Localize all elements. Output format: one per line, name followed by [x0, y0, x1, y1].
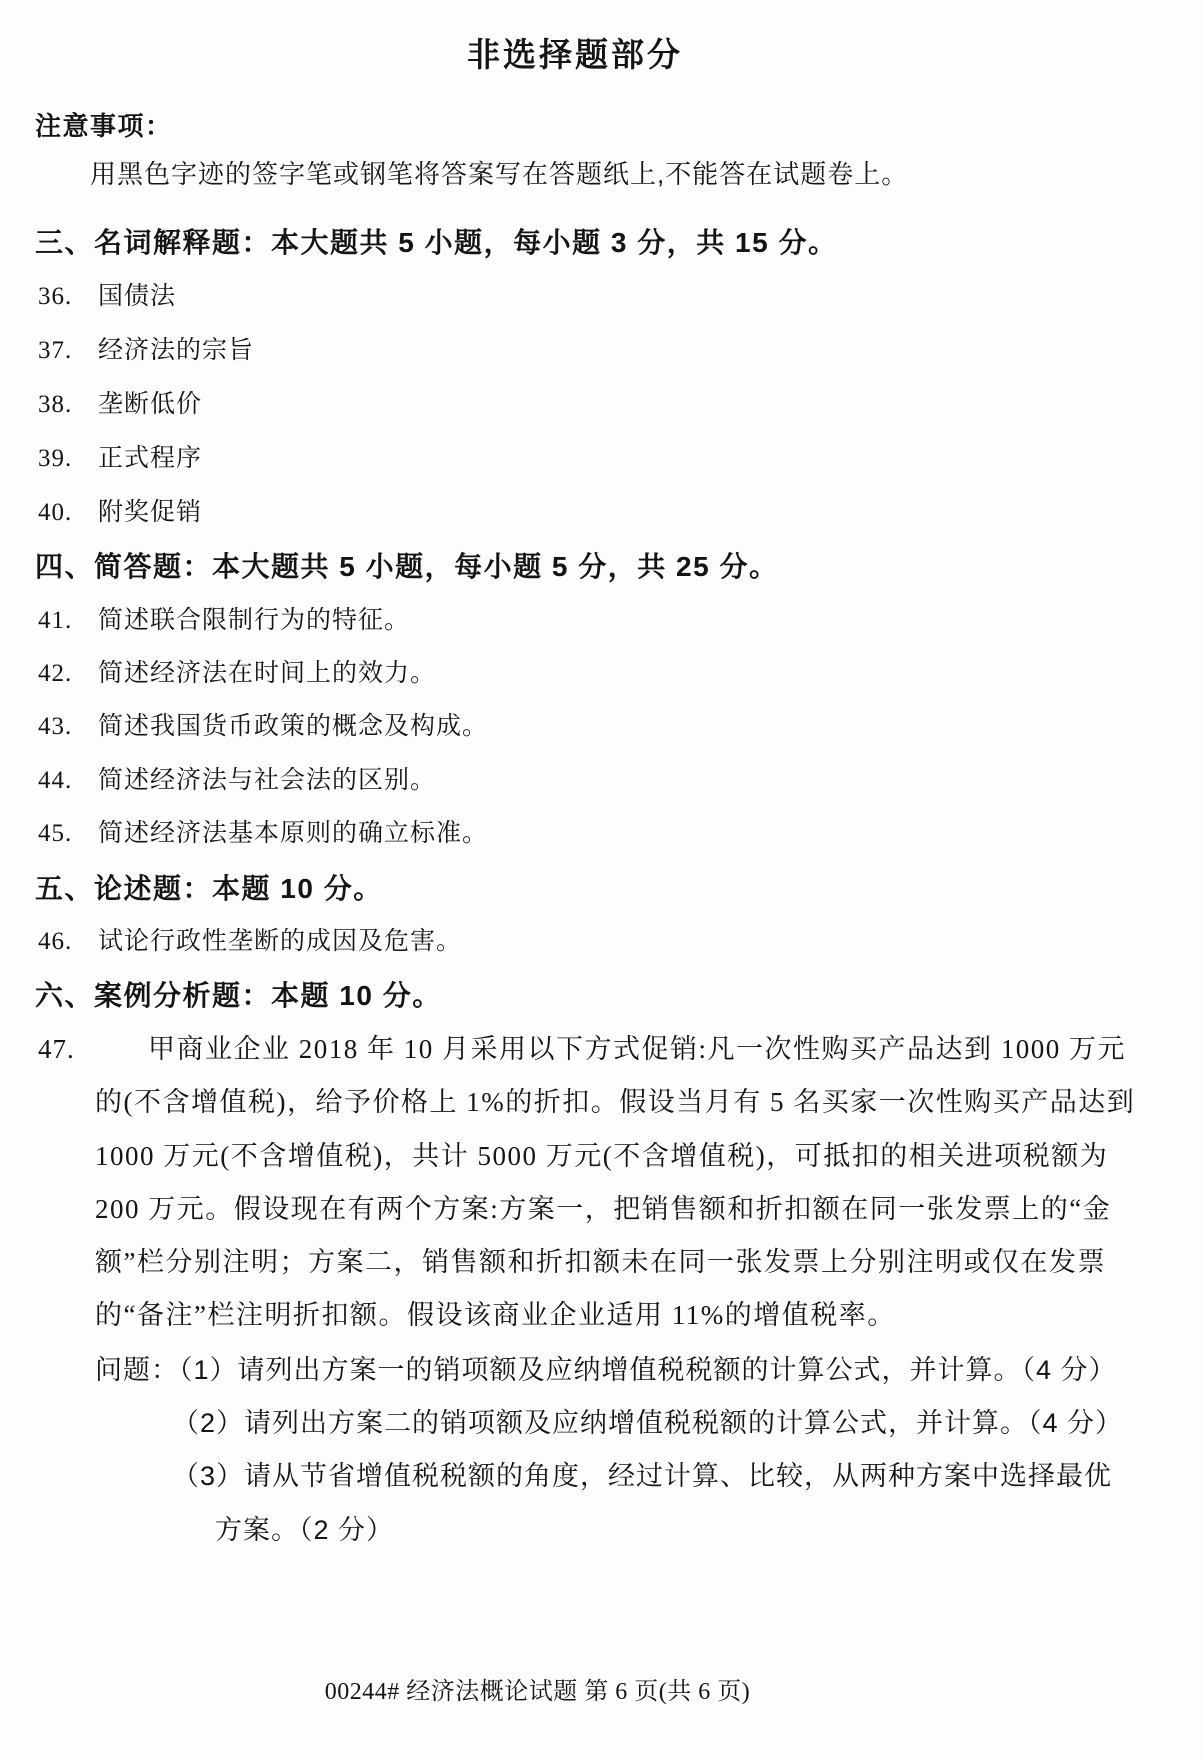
question-number: 37.: [38, 338, 98, 363]
question-text: 简述经济法在时间上的效力。: [98, 660, 436, 687]
question-text: 附奖促销: [98, 499, 202, 526]
section5-heading: 五、论述题：本题 10 分。: [35, 875, 383, 903]
page-footer: 00244# 经济法概论试题 第 6 页(共 6 页): [0, 1680, 1075, 1704]
question-text: 简述联合限制行为的特征。: [98, 607, 410, 634]
case-line-2: 的(不含增值税)，给予价格上 1%的折扣。假设当月有 5 名买家一次性购买产品达…: [95, 1089, 1135, 1116]
page-title: 非选择题部分: [0, 38, 1150, 71]
question-item-40: 40.附奖促销: [38, 500, 202, 525]
question-text: 国债法: [98, 283, 176, 310]
case-question-3-continuation: 方案。（2 分）: [215, 1517, 394, 1544]
case-question-3: （3）请从节省增值税税额的角度，经过计算、比较，从两种方案中选择最优: [172, 1463, 1112, 1490]
question-text: 垄断低价: [98, 391, 202, 418]
question-item-46: 46.试论行政性垄断的成因及危害。: [38, 929, 462, 954]
question-number: 38.: [38, 392, 98, 417]
question-item-43: 43.简述我国货币政策的概念及构成。: [38, 714, 488, 739]
case-line-6: 的“备注”栏注明折扣额。假设该商业企业适用 11%的增值税率。: [95, 1302, 896, 1329]
question-text: 试论行政性垄断的成因及危害。: [98, 928, 462, 955]
question-item-37: 37.经济法的宗旨: [38, 338, 254, 363]
question-number: 43.: [38, 714, 98, 739]
question-number: 44.: [38, 768, 98, 793]
question-text: 经济法的宗旨: [98, 337, 254, 364]
case-line-5: 额”栏分别注明；方案二，销售额和折扣额未在同一张发票上分别注明或仅在发票: [95, 1249, 1106, 1276]
section6-heading: 六、案例分析题：本题 10 分。: [35, 982, 442, 1010]
question-number: 36.: [38, 284, 98, 309]
question-item-42: 42.简述经济法在时间上的效力。: [38, 661, 436, 686]
notice-body: 用黑色字迹的签字笔或钢笔将答案写在答题纸上,不能答在试题卷上。: [90, 161, 908, 187]
section4-heading: 四、简答题：本大题共 5 小题，每小题 5 分，共 25 分。: [35, 553, 778, 581]
question-47-number: 47.: [38, 1036, 75, 1063]
case-question-1: 问题：（1）请列出方案一的销项额及应纳增值税税额的计算公式，并计算。（4 分）: [95, 1357, 1117, 1384]
question-text: 正式程序: [98, 445, 202, 472]
notice-heading: 注意事项：: [35, 113, 173, 139]
section3-heading: 三、名词解释题：本大题共 5 小题，每小题 3 分，共 15 分。: [35, 229, 837, 257]
case-line-1: 甲商业企业 2018 年 10 月采用以下方式促销:凡一次性购买产品达到 100…: [148, 1036, 1126, 1063]
case-line-3: 1000 万元(不含增值税)，共计 5000 万元(不含增值税)，可抵扣的相关进…: [95, 1143, 1108, 1170]
question-item-44: 44.简述经济法与社会法的区别。: [38, 768, 436, 793]
question-number: 42.: [38, 661, 98, 686]
question-item-36: 36.国债法: [38, 284, 176, 309]
question-item-38: 38.垄断低价: [38, 392, 202, 417]
question-number: 46.: [38, 929, 98, 954]
exam-page: 非选择题部分 注意事项： 用黑色字迹的签字笔或钢笔将答案写在答题纸上,不能答在试…: [0, 0, 1203, 1760]
question-item-41: 41.简述联合限制行为的特征。: [38, 608, 410, 633]
case-line-4: 200 万元。假设现在有两个方案:方案一，把销售额和折扣额在同一张发票上的“金: [95, 1196, 1111, 1223]
case-question-2: （2）请列出方案二的销项额及应纳增值税税额的计算公式，并计算。（4 分）: [172, 1410, 1123, 1437]
question-number: 39.: [38, 446, 98, 471]
question-number: 41.: [38, 608, 98, 633]
question-number: 45.: [38, 821, 98, 846]
question-number: 40.: [38, 500, 98, 525]
question-text: 简述经济法与社会法的区别。: [98, 767, 436, 794]
question-text: 简述我国货币政策的概念及构成。: [98, 713, 488, 740]
question-item-39: 39.正式程序: [38, 446, 202, 471]
question-item-45: 45.简述经济法基本原则的确立标准。: [38, 821, 488, 846]
question-text: 简述经济法基本原则的确立标准。: [98, 820, 488, 847]
